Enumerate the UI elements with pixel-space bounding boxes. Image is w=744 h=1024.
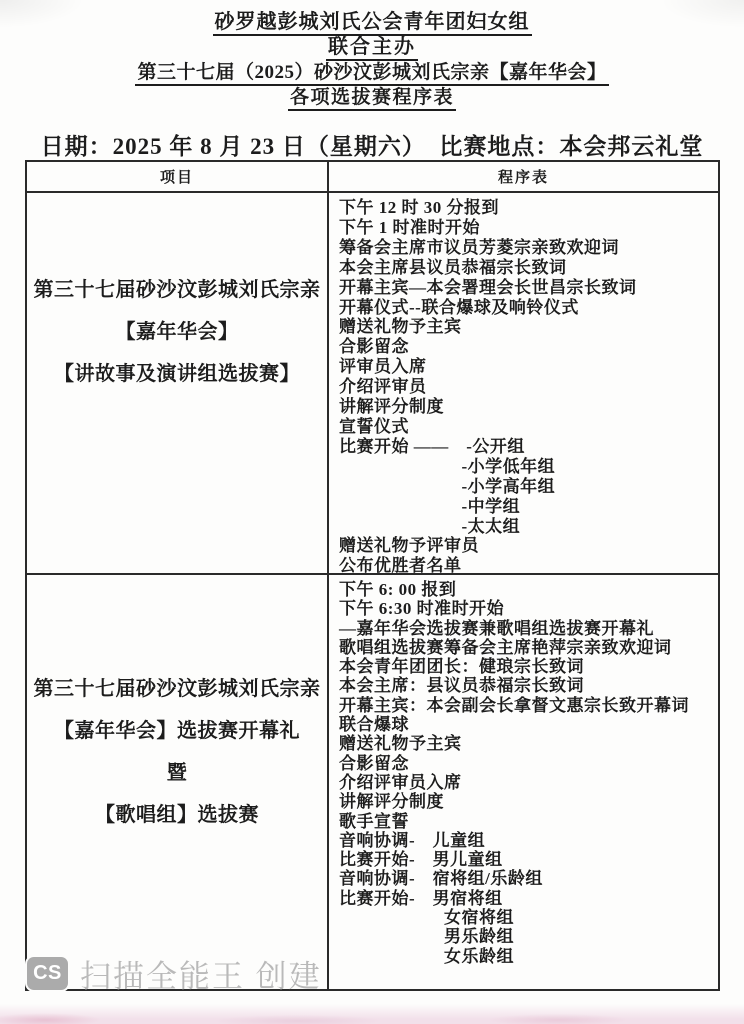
program-line: 歌手宣誓	[339, 812, 712, 831]
camscanner-logo-label: CS	[33, 962, 62, 985]
title-joint-host: 联合主办	[0, 36, 744, 61]
program-line: 比赛开始- 男儿童组	[339, 850, 712, 869]
program-line: -小学高年组	[339, 477, 712, 497]
title-joint-host-text: 联合主办	[326, 36, 418, 61]
program-line: 赠送礼物予主宾	[339, 734, 712, 753]
program-line: 下午 1 时准时开始	[339, 218, 712, 238]
program-line: 音响协调- 儿童组	[339, 831, 712, 850]
program-line: 男乐龄组	[339, 927, 712, 946]
table-row-2-program-cell: 下午 6: 00 报到下午 6:30 时准时开始—嘉年华会选拔赛兼歌唱组选拔赛开…	[329, 575, 718, 989]
program-line: 下午 6:30 时准时开始	[339, 599, 712, 618]
program-line: 女乐龄组	[339, 947, 712, 966]
column-header-item: 项目	[27, 162, 329, 193]
title-organizer-text: 砂罗越彭城刘氏公会青年团妇女组	[213, 11, 532, 36]
title-schedule-text: 各项选拔赛程序表	[288, 86, 456, 111]
program-line: 下午 6: 00 报到	[339, 580, 712, 599]
scan-edge-artifact	[0, 1004, 744, 1024]
camscanner-watermark-text: 扫描全能王 创建	[80, 951, 322, 996]
program-line: 开幕主宾：本会副会长拿督文惠宗长致开幕词	[339, 696, 712, 715]
program-line: 本会主席县议员恭福宗长致词	[339, 258, 712, 278]
program-line: 筹备会主席市议员芳菱宗亲致欢迎词	[339, 238, 712, 258]
program-line: 开幕主宾—本会署理会长世昌宗长致词	[339, 278, 712, 298]
program-line: -小学低年组	[339, 457, 712, 477]
program-schedule-table: 项目 程序表 第三十七届砂沙汶彭城刘氏宗亲【嘉年华会】【讲故事及演讲组选拔赛】 …	[25, 160, 720, 991]
date-and-venue-line: 日期：2025 年 8 月 23 日（星期六） 比赛地点：本会邦云礼堂	[0, 128, 744, 161]
program-line: 评审员入席	[339, 357, 712, 377]
title-schedule: 各项选拔赛程序表	[0, 86, 744, 111]
program-line: 下午 12 时 30 分报到	[339, 198, 712, 218]
program-line: 介绍评审员	[339, 377, 712, 397]
title-event: 第三十七届（2025）砂沙汶彭城刘氏宗亲【嘉年华会】	[0, 61, 744, 86]
item-line: 暨	[167, 762, 188, 784]
program-line: 宣誓仪式	[339, 417, 712, 437]
program-line: 比赛开始 —— -公开组	[339, 437, 712, 457]
item-line: 【嘉年华会】	[116, 321, 239, 343]
table-row-2-item-cell: 第三十七届砂沙汶彭城刘氏宗亲【嘉年华会】选拔赛开幕礼暨【歌唱组】选拔赛	[27, 575, 329, 989]
column-header-program: 程序表	[329, 162, 718, 193]
program-line: 赠送礼物予评审员	[339, 536, 712, 556]
program-line: 本会主席：县议员恭福宗长致词	[339, 676, 712, 695]
item-line: 第三十七届砂沙汶彭城刘氏宗亲	[34, 678, 321, 700]
item-line: 【嘉年华会】选拔赛开幕礼	[54, 720, 300, 742]
scanned-document-page: 砂罗越彭城刘氏公会青年团妇女组 联合主办 第三十七届（2025）砂沙汶彭城刘氏宗…	[0, 0, 744, 1024]
program-line: 女宿将组	[339, 908, 712, 927]
title-event-text: 第三十七届（2025）砂沙汶彭城刘氏宗亲【嘉年华会】	[135, 61, 608, 86]
program-line: 开幕仪式--联合爆球及响铃仪式	[339, 298, 712, 318]
program-line: 歌唱组选拔赛筹备会主席艳萍宗亲致欢迎词	[339, 638, 712, 657]
program-line: 合影留念	[339, 754, 712, 773]
program-line: -中学组	[339, 497, 712, 517]
program-line: —嘉年华会选拔赛兼歌唱组选拔赛开幕礼	[339, 619, 712, 638]
program-line: 本会青年团团长：健琅宗长致词	[339, 657, 712, 676]
program-line: 比赛开始- 男宿将组	[339, 889, 712, 908]
camscanner-watermark: CS 扫描全能王 创建	[27, 951, 322, 996]
program-line: 联合爆球	[339, 715, 712, 734]
program-line: 介绍评审员入席	[339, 773, 712, 792]
program-line: 讲解评分制度	[339, 397, 712, 417]
program-line: 合影留念	[339, 337, 712, 357]
item-line: 【歌唱组】选拔赛	[95, 804, 259, 826]
item-line: 第三十七届砂沙汶彭城刘氏宗亲	[34, 279, 321, 301]
table-row-1-program-cell: 下午 12 时 30 分报到下午 1 时准时开始筹备会主席市议员芳菱宗亲致欢迎词…	[329, 193, 718, 575]
table-row-1-item-cell: 第三十七届砂沙汶彭城刘氏宗亲【嘉年华会】【讲故事及演讲组选拔赛】	[27, 193, 329, 575]
program-line: 讲解评分制度	[339, 792, 712, 811]
program-line: -太太组	[339, 517, 712, 537]
camscanner-logo-icon: CS	[27, 957, 68, 990]
document-header: 砂罗越彭城刘氏公会青年团妇女组 联合主办 第三十七届（2025）砂沙汶彭城刘氏宗…	[0, 0, 744, 111]
item-line: 【讲故事及演讲组选拔赛】	[54, 363, 300, 385]
title-organizer: 砂罗越彭城刘氏公会青年团妇女组	[0, 11, 744, 36]
program-line: 赠送礼物予主宾	[339, 317, 712, 337]
program-line: 音响协调- 宿将组/乐龄组	[339, 869, 712, 888]
program-line: 公布优胜者名单	[339, 556, 712, 576]
